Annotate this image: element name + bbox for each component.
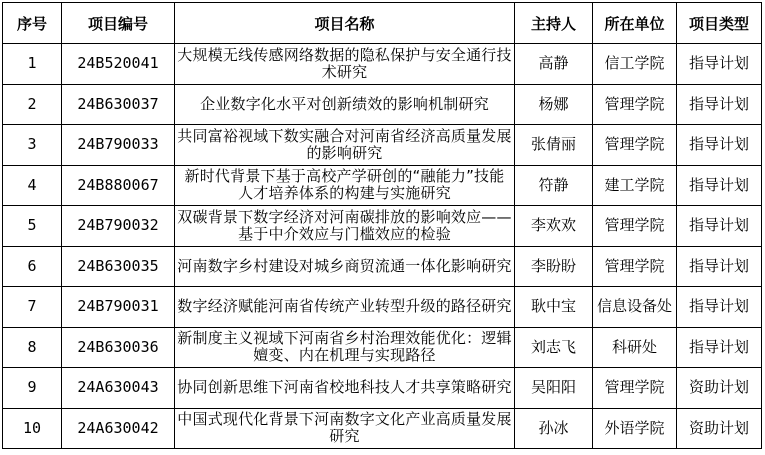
cell-leader: 李欢欢 bbox=[515, 206, 593, 247]
cell-type: 指导计划 bbox=[677, 44, 762, 85]
table-row: 5 24B790032 双碳背景下数字经济对河南碳排放的影响效应——基于中介效应… bbox=[3, 206, 762, 247]
table-row: 4 24B880067 新时代背景下基于高校产学研创的“融能力”技能人才培养体系… bbox=[3, 165, 762, 206]
cell-leader: 孙冰 bbox=[515, 408, 593, 449]
cell-leader: 耿中宝 bbox=[515, 287, 593, 328]
cell-name: 新制度主义视域下河南省乡村治理效能优化：逻辑嬗变、内在机理与实现路径 bbox=[175, 327, 515, 368]
cell-unit: 管理学院 bbox=[593, 125, 677, 166]
cell-seq: 7 bbox=[3, 287, 62, 328]
cell-seq: 1 bbox=[3, 44, 62, 85]
cell-seq: 10 bbox=[3, 408, 62, 449]
table-row: 1 24B520041 大规模无线传感网络数据的隐私保护与安全通行技术研究 高静… bbox=[3, 44, 762, 85]
header-unit: 所在单位 bbox=[593, 3, 677, 44]
cell-name: 大规模无线传感网络数据的隐私保护与安全通行技术研究 bbox=[175, 44, 515, 85]
cell-leader: 符静 bbox=[515, 165, 593, 206]
cell-code: 24A630043 bbox=[62, 368, 175, 409]
cell-code: 24B630036 bbox=[62, 327, 175, 368]
cell-unit: 管理学院 bbox=[593, 84, 677, 125]
cell-type: 指导计划 bbox=[677, 125, 762, 166]
table-row: 9 24A630043 协同创新思维下河南省校地科技人才共享策略研究 吴阳阳 管… bbox=[3, 368, 762, 409]
cell-type: 指导计划 bbox=[677, 246, 762, 287]
table-row: 3 24B790033 共同富裕视域下数实融合对河南省经济高质量发展的影响研究 … bbox=[3, 125, 762, 166]
table-row: 2 24B630037 企业数字化水平对创新绩效的影响机制研究 杨娜 管理学院 … bbox=[3, 84, 762, 125]
cell-type: 指导计划 bbox=[677, 165, 762, 206]
cell-unit: 信工学院 bbox=[593, 44, 677, 85]
cell-leader: 杨娜 bbox=[515, 84, 593, 125]
table-row: 8 24B630036 新制度主义视域下河南省乡村治理效能优化：逻辑嬗变、内在机… bbox=[3, 327, 762, 368]
cell-unit: 管理学院 bbox=[593, 246, 677, 287]
cell-name: 企业数字化水平对创新绩效的影响机制研究 bbox=[175, 84, 515, 125]
cell-type: 指导计划 bbox=[677, 327, 762, 368]
cell-code: 24B790031 bbox=[62, 287, 175, 328]
table-row: 7 24B790031 数字经济赋能河南省传统产业转型升级的路径研究 耿中宝 信… bbox=[3, 287, 762, 328]
cell-name: 双碳背景下数字经济对河南碳排放的影响效应——基于中介效应与门槛效应的检验 bbox=[175, 206, 515, 247]
header-type: 项目类型 bbox=[677, 3, 762, 44]
cell-leader: 刘志飞 bbox=[515, 327, 593, 368]
cell-code: 24A630042 bbox=[62, 408, 175, 449]
cell-name: 共同富裕视域下数实融合对河南省经济高质量发展的影响研究 bbox=[175, 125, 515, 166]
table-row: 10 24A630042 中国式现代化背景下河南数字文化产业高质量发展研究 孙冰… bbox=[3, 408, 762, 449]
cell-code: 24B520041 bbox=[62, 44, 175, 85]
cell-seq: 5 bbox=[3, 206, 62, 247]
cell-seq: 8 bbox=[3, 327, 62, 368]
cell-type: 资助计划 bbox=[677, 368, 762, 409]
cell-seq: 3 bbox=[3, 125, 62, 166]
cell-code: 24B630035 bbox=[62, 246, 175, 287]
cell-unit: 信息设备处 bbox=[593, 287, 677, 328]
cell-type: 指导计划 bbox=[677, 287, 762, 328]
cell-code: 24B790033 bbox=[62, 125, 175, 166]
cell-code: 24B790032 bbox=[62, 206, 175, 247]
cell-unit: 管理学院 bbox=[593, 368, 677, 409]
cell-type: 指导计划 bbox=[677, 206, 762, 247]
table-row: 6 24B630035 河南数字乡村建设对城乡商贸流通一体化影响研究 李盼盼 管… bbox=[3, 246, 762, 287]
header-code: 项目编号 bbox=[62, 3, 175, 44]
cell-leader: 吴阳阳 bbox=[515, 368, 593, 409]
cell-code: 24B880067 bbox=[62, 165, 175, 206]
cell-unit: 管理学院 bbox=[593, 206, 677, 247]
cell-name: 数字经济赋能河南省传统产业转型升级的路径研究 bbox=[175, 287, 515, 328]
cell-type: 指导计划 bbox=[677, 84, 762, 125]
header-name: 项目名称 bbox=[175, 3, 515, 44]
cell-name: 新时代背景下基于高校产学研创的“融能力”技能人才培养体系的构建与实施研究 bbox=[175, 165, 515, 206]
cell-leader: 张倩丽 bbox=[515, 125, 593, 166]
cell-leader: 高静 bbox=[515, 44, 593, 85]
cell-unit: 建工学院 bbox=[593, 165, 677, 206]
cell-leader: 李盼盼 bbox=[515, 246, 593, 287]
cell-seq: 9 bbox=[3, 368, 62, 409]
cell-seq: 6 bbox=[3, 246, 62, 287]
cell-code: 24B630037 bbox=[62, 84, 175, 125]
cell-unit: 外语学院 bbox=[593, 408, 677, 449]
header-row: 序号 项目编号 项目名称 主持人 所在单位 项目类型 bbox=[3, 3, 762, 44]
cell-type: 资助计划 bbox=[677, 408, 762, 449]
cell-seq: 2 bbox=[3, 84, 62, 125]
cell-seq: 4 bbox=[3, 165, 62, 206]
header-seq: 序号 bbox=[3, 3, 62, 44]
header-leader: 主持人 bbox=[515, 3, 593, 44]
cell-name: 河南数字乡村建设对城乡商贸流通一体化影响研究 bbox=[175, 246, 515, 287]
cell-name: 协同创新思维下河南省校地科技人才共享策略研究 bbox=[175, 368, 515, 409]
cell-unit: 科研处 bbox=[593, 327, 677, 368]
projects-table: 序号 项目编号 项目名称 主持人 所在单位 项目类型 1 24B520041 大… bbox=[2, 2, 762, 449]
cell-name: 中国式现代化背景下河南数字文化产业高质量发展研究 bbox=[175, 408, 515, 449]
